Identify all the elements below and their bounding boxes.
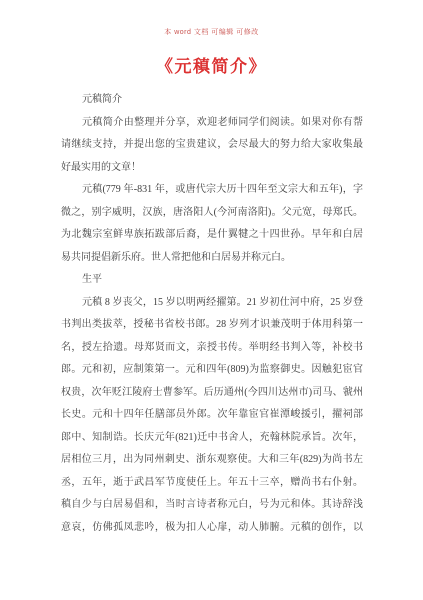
text-line: 元稹(779 年-831 年，或唐代宗大历十四年至文宗大和五年)，字	[61, 179, 363, 202]
text-line: 意哀，仿佛孤凤悲吟，极为扣人心扉，动人肺腑。元稹的创作，以	[61, 517, 363, 540]
section-heading: 元稹简介	[61, 89, 363, 112]
editable-notice-watermark: 本 word 文档 可编辑 可修改	[0, 27, 423, 37]
text-line: 名，授左拾遗。母郑贤而文，亲授书传。举明经书判入等，补校书	[61, 337, 363, 360]
text-line: 请继续支持，并提出您的宝贵建议，会尽最大的努力给大家收集最	[61, 134, 363, 157]
document-title: 《元稹简介》	[0, 52, 423, 77]
text-line: 为北魏宗室鲜卑族拓跋部后裔，是什翼犍之十四世孙。早年和白居	[61, 224, 363, 247]
document-body: 元稹简介 元稹简介由整理并分享，欢迎老师同学们阅读。如果对你有帮助， 请继续支持…	[61, 89, 363, 539]
text-line: 元稹简介由整理并分享，欢迎老师同学们阅读。如果对你有帮助，	[61, 112, 363, 135]
text-line: 稹自少与白居易倡和，当时言诗者称元白，号为元和体。其诗辞浅	[61, 494, 363, 517]
text-line: 权贵，次年贬江陵府士曹参军。后历通州(今四川达州市)司马、虢州	[61, 382, 363, 405]
text-line: 长史。元和十四年任膳部员外郎。次年靠宦官崔潭峻援引，擢祠部	[61, 404, 363, 427]
text-line: 丞，五年，逝于武昌军节度使任上。年五十三卒，赠尚书右仆射。	[61, 472, 363, 495]
text-line: 元稹 8 岁丧父，15 岁以明两经擢第。21 岁初仕河中府，25 岁登	[61, 292, 363, 315]
text-line: 微之，别字威明，汉族，唐洛阳人(今河南洛阳)。父元宽，母郑氏。	[61, 202, 363, 225]
text-line: 郎中、知制诰。长庆元年(821)迁中书舍人，充翰林院承旨。次年，	[61, 427, 363, 450]
document-page: 本 word 文档 可编辑 可修改 《元稹简介》 元稹简介 元稹简介由整理并分享…	[0, 0, 423, 600]
text-line: 易共同提倡新乐府。世人常把他和白居易并称元白。	[61, 247, 363, 270]
text-line: 好最实用的文章！	[61, 157, 363, 180]
text-line: 郎。元和初，应制策第一。元和四年(809)为监察御史。因触犯宦官	[61, 359, 363, 382]
text-line: 书判出类拔萃，授秘书省校书郎。28 岁列才识兼茂明于体用科第一	[61, 314, 363, 337]
text-line: 居相位三月，出为同州刺史、浙东观察使。大和三年(829)为尚书左	[61, 449, 363, 472]
section-heading: 生平	[61, 269, 363, 292]
